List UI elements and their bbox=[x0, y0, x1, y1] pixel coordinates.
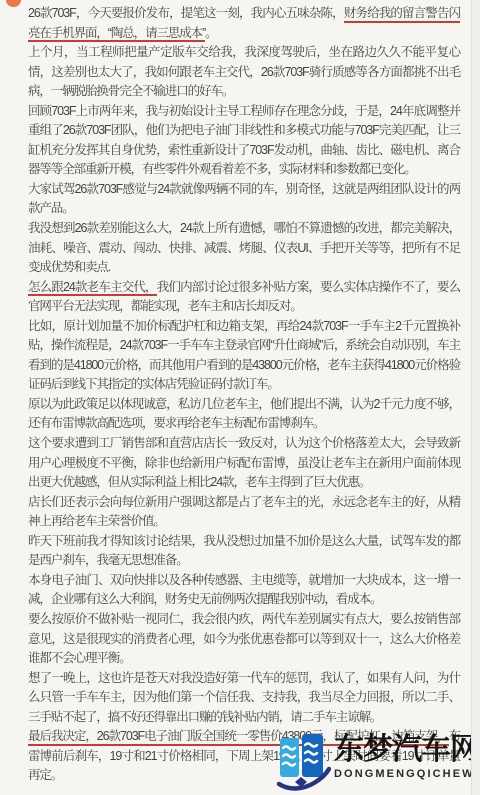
text-segment: 这个要求遭到工厂销售部和直营店店长一致反对，认为这个价格落差太大，会导致新用户心… bbox=[28, 436, 460, 489]
text-segment: 比如，原计划加量不加价标配护杠和边箱支架，再给24款703F一手车主2千元置换补… bbox=[28, 319, 460, 392]
paragraph: 上个月，当工程师把量产定版车交给我，我深度驾驶后，坐在路边久久不能平复心情，这差… bbox=[28, 43, 460, 102]
paragraph: 要么按原价不做补贴一视同仁，我会很内疚，两代车差别属实有点大，要么按销售部意见，… bbox=[28, 610, 460, 669]
text-segment: 要么按原价不做补贴一视同仁，我会很内疚，两代车差别属实有点大，要么按销售部意见，… bbox=[28, 612, 460, 665]
text-segment: 回顾703F上市两年来，我与初始设计主导工程师存在理念分歧，于是，24年底调整并… bbox=[28, 104, 460, 177]
text-segment: 店长们还表示会向每位新用户强调这都是占了老车主的光，永远念老车主的好，从精神上再… bbox=[28, 495, 460, 529]
paragraph: 本身电子油门、双向快排以及各种传感器、主电缆等，就增加一大块成本，这一增一减，企… bbox=[28, 571, 460, 610]
paragraph: 原以为此政策足以体现诚意，私访几位老车主，他们提出不满，认为2千元力度不够，还有… bbox=[28, 395, 460, 434]
text-segment: 昨天下班前我才得知该讨论结果，我从没想过加量不加价是这么大量，试驾车发的都是西户… bbox=[28, 534, 460, 568]
paragraph: 店长们还表示会向每位新用户强调这都是占了老车主的光，永远念老车主的好，从精神上再… bbox=[28, 493, 460, 532]
paragraph: 回顾703F上市两年来，我与初始设计主导工程师存在理念分歧，于是，24年底调整并… bbox=[28, 102, 460, 180]
paragraph: 大家试驾26款703F感觉与24款就像两辆不同的车，别奇怪，这就是两组团队设计的… bbox=[28, 180, 460, 219]
watermark-site-name: 东梦汽车网 bbox=[334, 733, 480, 766]
paragraph: 想了一晚上，这也许是苍天对我没造好第一代车的惩罚，我认了，如果有人问，为什么只管… bbox=[28, 669, 460, 728]
article-page: 26款703F，今天要报价发布，提笔这一刻，我内心五味杂陈，财务给我的留言警告闪… bbox=[0, 0, 480, 795]
text-segment: 26款703F，今天要报价发布，提笔这一刻，我内心五味杂陈， bbox=[28, 6, 344, 20]
paragraph: 比如，原计划加量不加价标配护杠和边箱支架，再给24款703F一手车主2千元置换补… bbox=[28, 317, 460, 395]
cropped-emoji-icon bbox=[6, 0, 21, 7]
red-underlined-text: 怎么跟24款老车主交代， bbox=[28, 280, 157, 297]
watermark: 东梦汽车网 DONGMENGQICHEWANG bbox=[275, 733, 480, 793]
right-edge-strip bbox=[471, 0, 480, 795]
text-segment: 想了一晚上，这也许是苍天对我没造好第一代车的惩罚，我认了，如果有人问，为什么只管… bbox=[28, 671, 460, 724]
text-segment: 本身电子油门、双向快排以及各种传感器、主电缆等，就增加一大块成本，这一增一减，企… bbox=[28, 573, 460, 607]
text-segment: 大家试驾26款703F感觉与24款就像两辆不同的车，别奇怪，这就是两组团队设计的… bbox=[28, 182, 460, 216]
text-segment: 。 bbox=[205, 26, 216, 40]
dongmeng-logo-icon bbox=[275, 733, 331, 793]
watermark-site-name-latin: DONGMENGQICHEWANG bbox=[334, 768, 480, 780]
watermark-text: 东梦汽车网 DONGMENGQICHEWANG bbox=[334, 733, 480, 780]
article-body: 26款703F，今天要报价发布，提笔这一刻，我内心五味杂陈，财务给我的留言警告闪… bbox=[28, 4, 460, 786]
paragraph: 我没想到26款差别能这么大，24款上所有遗憾，哪怕不算遗憾的改进，都完美解决，油… bbox=[28, 219, 460, 278]
paragraph: 这个要求遭到工厂销售部和直营店店长一致反对，认为这个价格落差太大，会导致新用户心… bbox=[28, 434, 460, 493]
text-segment: 上个月，当工程师把量产定版车交给我，我深度驾驶后，坐在路边久久不能平复心情，这差… bbox=[28, 45, 460, 98]
paragraph: 26款703F，今天要报价发布，提笔这一刻，我内心五味杂陈，财务给我的留言警告闪… bbox=[28, 4, 460, 43]
text-segment: 原以为此政策足以体现诚意，私访几位老车主，他们提出不满，认为2千元力度不够，还有… bbox=[28, 397, 460, 431]
paragraph: 怎么跟24款老车主交代，我们内部讨论过很多补贴方案，要么实体店操作不了，要么官网… bbox=[28, 278, 460, 317]
paragraph: 昨天下班前我才得知该讨论结果，我从没想过加量不加价是这么大量，试驾车发的都是西户… bbox=[28, 532, 460, 571]
text-segment: 我没想到26款差别能这么大，24款上所有遗憾，哪怕不算遗憾的改进，都完美解决，油… bbox=[28, 221, 460, 274]
